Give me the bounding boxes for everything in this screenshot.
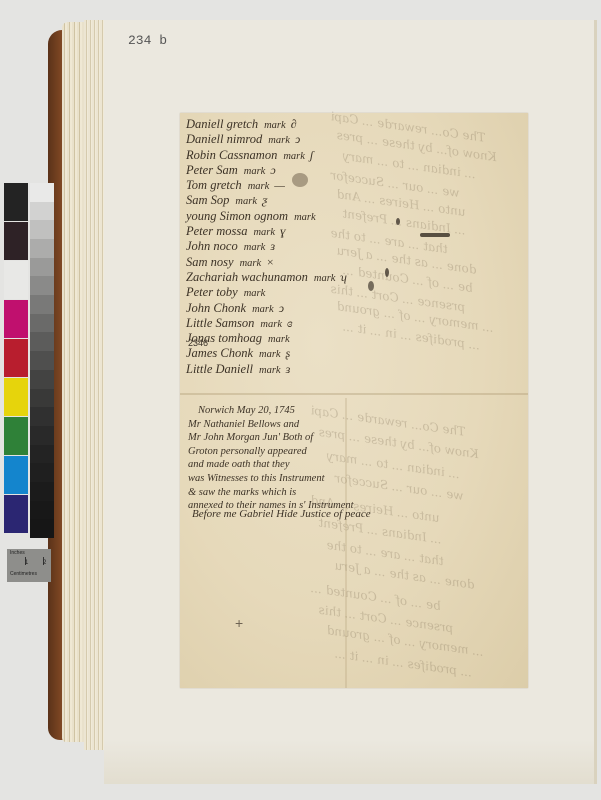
gray-step [30, 389, 54, 408]
signature-row: Robin Cassnamonmarkʃ [186, 148, 366, 163]
signer-mark-glyph: ʮ [340, 270, 346, 285]
signer-mark-glyph: — [274, 178, 285, 193]
signature-list: Daniell gretchmark∂Daniell nimrodmarkↄRo… [186, 117, 366, 377]
declaration-line: Norwich May 20, 1745 [188, 404, 488, 418]
declaration-line: & saw the marks which is [188, 486, 488, 500]
gray-step [30, 295, 54, 314]
gray-step [30, 239, 54, 258]
signature-row: John Chonkmarkↄ [186, 301, 366, 316]
signature-row: Little Daniellmarkɜ [186, 362, 366, 377]
fold-line-horizontal [180, 393, 528, 395]
mark-label: mark [268, 135, 290, 146]
signer-name: Daniell gretch [186, 117, 258, 132]
gray-step [30, 519, 54, 538]
ruler-inches-label: Inches [10, 550, 25, 556]
signer-mark-glyph: ɔ [270, 163, 275, 178]
declaration-line: Groton personally appeared [188, 445, 488, 459]
gray-step [30, 332, 54, 351]
signer-mark-glyph: ɜ [286, 362, 291, 377]
gray-step [30, 482, 54, 501]
mark-label: mark [294, 212, 316, 223]
ruler-mark-2: 2 [43, 560, 46, 566]
ruler-centimetres-label: Centimetres [10, 571, 37, 577]
signer-mark-glyph: ɜ [270, 239, 275, 254]
signer-name: John noco [186, 239, 238, 254]
gray-step [30, 370, 54, 389]
declaration-line: Mr Nathaniel Bellows and [188, 418, 488, 432]
mark-label: mark [259, 349, 281, 360]
ink-dot [368, 281, 374, 291]
signer-mark-glyph: ƺ [262, 193, 267, 208]
mark-label: mark [240, 258, 262, 269]
signer-name: Sam Sop [186, 193, 229, 208]
ink-stroke [420, 233, 450, 237]
mark-label: mark [244, 166, 266, 177]
color-patch-dark-brown [4, 222, 28, 260]
signature-row: Sam Sopmarkƺ [186, 193, 366, 208]
signature-row: Jonas tomhoagmark [186, 331, 366, 346]
gray-step [30, 183, 54, 202]
color-patch-magenta [4, 300, 28, 338]
gray-step [30, 407, 54, 426]
mark-label: mark [314, 273, 336, 284]
signer-mark-glyph: ∂ [291, 117, 297, 132]
signer-name: Daniell nimrod [186, 132, 262, 147]
signer-name: Little Daniell [186, 362, 253, 377]
ink-dot [396, 218, 400, 225]
page-stack-edge [62, 22, 86, 742]
page-bottom-shadow [104, 740, 594, 784]
color-calibration-target [4, 183, 54, 538]
signature-row: Peter tobymark [186, 285, 366, 300]
signer-mark-glyph: ↄ [295, 132, 300, 147]
signer-name: Tom gretch [186, 178, 242, 193]
gray-step [30, 351, 54, 370]
mark-label: mark [252, 304, 274, 315]
signer-name: Little Samson [186, 316, 254, 331]
gray-step [30, 276, 54, 295]
color-patch-white [4, 261, 28, 299]
signer-name: Zachariah wachunamon [186, 270, 308, 285]
signature-row: Sam nosymark× [186, 255, 366, 270]
signer-name: young Simon ognom [186, 209, 288, 224]
color-patch-yellow [4, 378, 28, 416]
mark-label: mark [235, 196, 257, 207]
gray-step [30, 220, 54, 239]
signer-mark-glyph: ɣ [280, 224, 286, 239]
signature-row: Tom gretchmark— [186, 178, 366, 193]
page-number: 234 b [128, 33, 167, 48]
gray-step [30, 445, 54, 464]
mark-label: mark [283, 151, 305, 162]
signer-mark-glyph: ↄ [279, 301, 284, 316]
signer-mark-glyph: ʂ [286, 346, 291, 361]
oath-declaration: Norwich May 20, 1745Mr Nathaniel Bellows… [188, 404, 488, 513]
signature-row: John nocomarkɜ [186, 239, 366, 254]
signer-name: Peter toby [186, 285, 238, 300]
signature-row: young Simon ognommark [186, 209, 366, 224]
signature-row: Little Samsonmarkɞ [186, 316, 366, 331]
mark-label: mark [268, 334, 290, 345]
justice-signoff: Before me Gabriel Hide Justice of peace [192, 508, 371, 520]
signer-mark-glyph: × [266, 255, 274, 270]
mark-label: mark [260, 319, 282, 330]
signature-row: Daniell gretchmark∂ [186, 117, 366, 132]
signature-row: Daniell nimrodmarkↄ [186, 132, 366, 147]
signer-name: John Chonk [186, 301, 246, 316]
signature-row: Zachariah wachunamonmarkʮ [186, 270, 366, 285]
declaration-line: and made oath that they [188, 458, 488, 472]
page-stack-edge-inner [84, 20, 106, 750]
signer-mark-glyph: ɞ [287, 316, 293, 331]
gray-step [30, 314, 54, 333]
grayscale-strip [30, 183, 54, 538]
gray-step [30, 501, 54, 520]
signer-name: Sam nosy [186, 255, 234, 270]
mark-label: mark [244, 288, 266, 299]
gray-step [30, 202, 54, 221]
color-patch-cyan [4, 456, 28, 494]
color-patch-black [4, 183, 28, 221]
color-patch-green [4, 417, 28, 455]
color-patch-red [4, 339, 28, 377]
gray-step [30, 258, 54, 277]
gray-step [30, 426, 54, 445]
mark-label: mark [259, 365, 281, 376]
mark-label: mark [264, 120, 286, 131]
scale-ruler: Inches 1 2 Centimetres [7, 549, 51, 582]
color-patch-blue [4, 495, 28, 533]
signer-name: Peter mossa [186, 224, 247, 239]
manuscript-paper: The Co... rewarde ... CapiKnow of... by … [180, 113, 528, 688]
signer-mark-glyph: ʃ [310, 148, 313, 163]
declaration-line: Mr John Morgan Jun' Both of [188, 431, 488, 445]
declaration-line: was Witnesses to this Instrument [188, 472, 488, 486]
signature-row: Peter Sammarkɔ [186, 163, 366, 178]
signer-name: Robin Cassnamon [186, 148, 277, 163]
mark-label: mark [248, 181, 270, 192]
ruler-mark-1: 1 [25, 560, 28, 566]
signer-name: James Chonk [186, 346, 253, 361]
mark-label: mark [244, 242, 266, 253]
mark-label: mark [253, 227, 275, 238]
ink-dot [385, 268, 389, 277]
signer-name: Peter Sam [186, 163, 238, 178]
cross-mark: + [235, 615, 243, 631]
signature-row: James Chonkmarkʂ [186, 346, 366, 361]
signature-row: Peter mossamarkɣ [186, 224, 366, 239]
reference-note: 2346 [188, 338, 208, 348]
gray-step [30, 463, 54, 482]
